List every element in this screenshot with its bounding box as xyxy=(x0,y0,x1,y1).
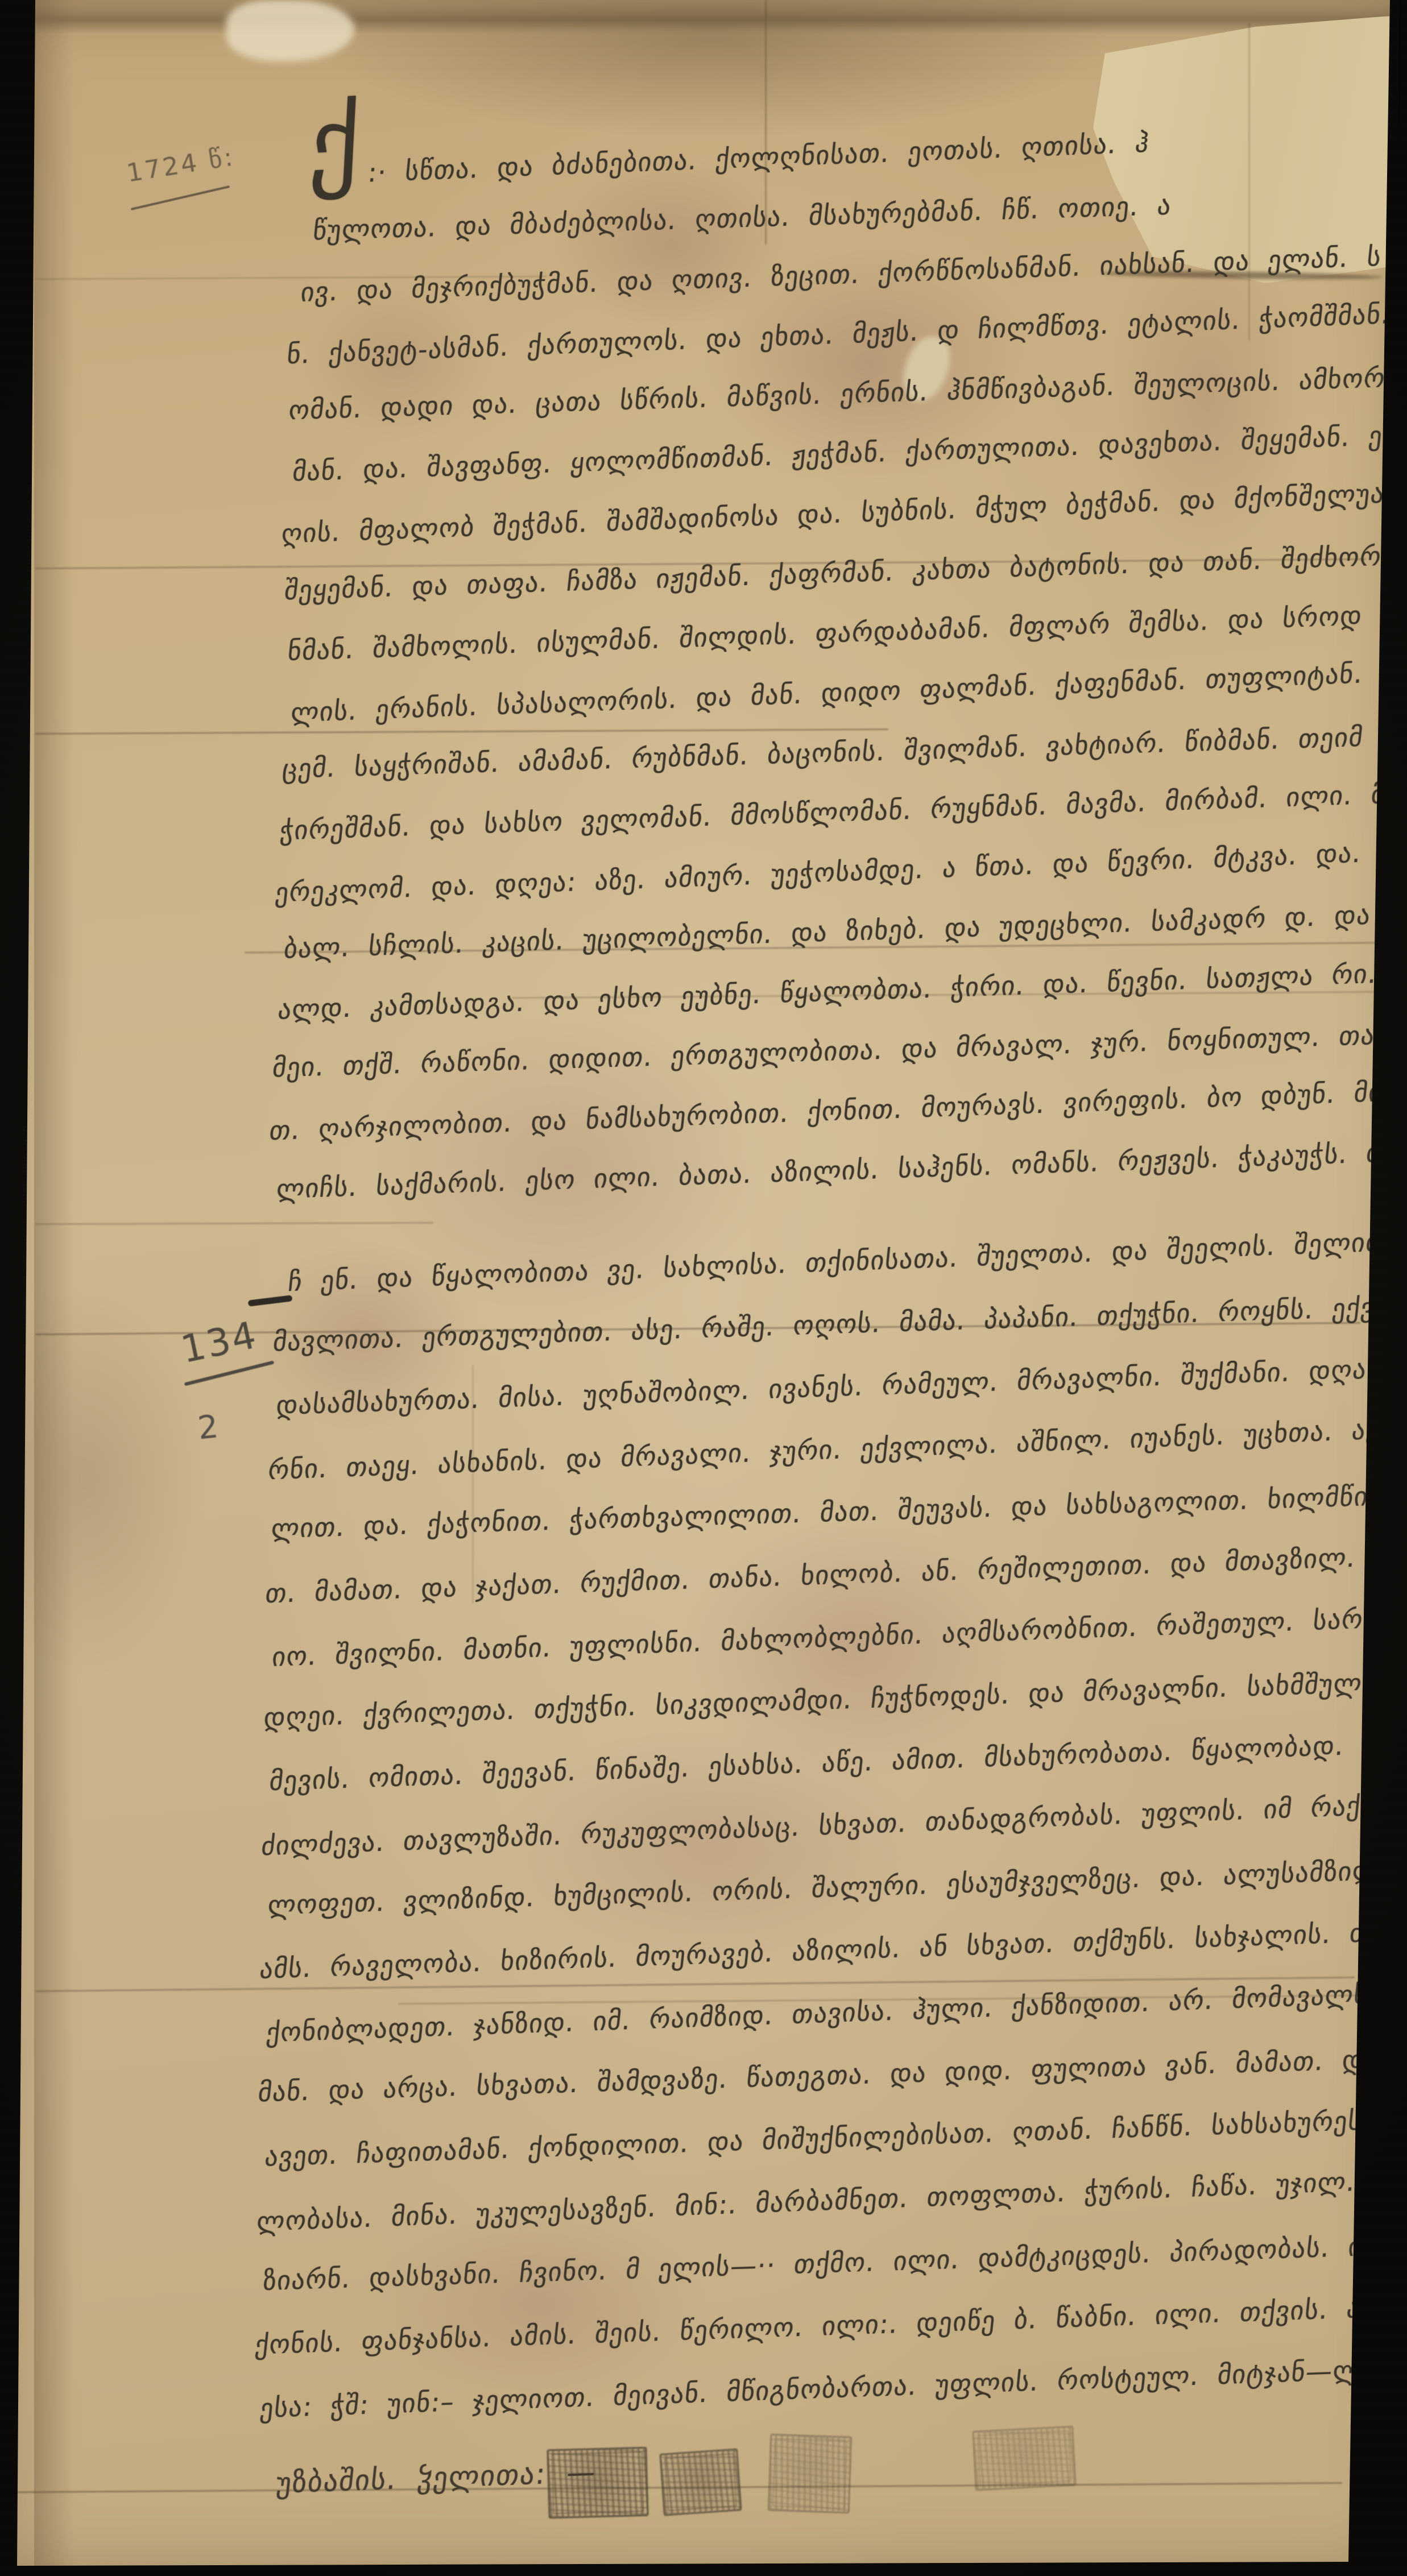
handwritten-text-line: ლობასა. მინა. უკულესავზენ. მინ:. მარბამნ… xyxy=(255,2164,1407,2237)
handwritten-text-line: ალდ. კამთსადგა. და ესხო ეუბნე. წყალობთა.… xyxy=(276,955,1407,1025)
handwritten-text-line: ქონის. ფანჯანსა. ამის. შეის. წერილო. ილი… xyxy=(254,2289,1407,2360)
handwritten-text-line: ძილძევა. თავლუზაში. რუკუფლობასაც. სხვათ.… xyxy=(260,1786,1407,1861)
handwritten-text-line: მან. და არცა. სხვათა. შამდვაზე. წათეგთა.… xyxy=(256,2041,1407,2107)
handwritten-text-line: ლით. და. ქაჭონით. ჭართხვალილით. მათ. შეუ… xyxy=(270,1480,1392,1544)
handwritten-text-line: ივ. და მეჯრიქბუჭმან. და ღთივ. ზეცით. ქორ… xyxy=(299,239,1407,308)
handwritten-text-line: :· სწთა. და ბძანებითა. ქოლღნისათ. ეოთას.… xyxy=(366,127,1151,188)
year-annotation: 1724 წ: xyxy=(125,142,237,188)
handwritten-text-line: ლიჩს. საქმარის. ესო ილი. ბათა. აზილის. ს… xyxy=(275,1136,1407,1205)
handwritten-text-line: დასამსახურთა. მისა. უღნაშობილ. ივანეს. რ… xyxy=(275,1354,1368,1421)
handwritten-text-line: ბალ. სჩლის. კაცის. უცილობელნი. და ზიხებ.… xyxy=(282,897,1407,964)
handwritten-text-line: მეი. თქშ. რაწონი. დიდით. ერთგულობითა. და… xyxy=(271,1017,1407,1083)
handwritten-text-line: დღეი. ქვრილეთა. თქუჭნი. სიკვდილამდი. ჩუჭ… xyxy=(262,1662,1407,1733)
handwritten-text-line: ქონიბლადეთ. ჯანზიდ. იმ. რაიმზიდ. თავისა.… xyxy=(265,1975,1407,2048)
handwritten-text-line: შეყემან. და თაფა. ჩამზა იჟემან. ქაფრმან.… xyxy=(283,537,1407,606)
handwritten-text-line: მან. და. შავფანფ. ყოლომწითმან. ჟეჭმან. ქ… xyxy=(291,420,1399,487)
scan-backdrop: 1724 წ: 134 2 ქ :· სწთა. და ბძანებითა. ქ… xyxy=(0,0,1407,2576)
handwritten-text-line: იო. შვილნი. მათნი. უფლისნი. მახლობლებნი.… xyxy=(271,1600,1407,1672)
handwritten-text-line: ნმან. შამხოლის. ისულმან. შილდის. ფარდაბა… xyxy=(286,600,1364,666)
handwritten-text-line: ერეკლომ. და. დღეა: აზე. ამიურ. უეჭოსამდე… xyxy=(274,834,1407,908)
handwritten-text-line: ჭირეშმან. და სახსო ველომან. მმოსწლომან. … xyxy=(279,775,1407,846)
handwritten-text-line: ამს. რაველობა. ხიზირის. მოურავებ. აზილის… xyxy=(258,1912,1407,1985)
handwritten-text-line: ესა: ჭშ: უინ:– ჯელიოთ. მეივან. მწიგნობარ… xyxy=(259,2351,1407,2424)
handwritten-text-line: ზიარნ. დასხვანი. ჩვინო. მ ელის—·· თქმო. … xyxy=(262,2226,1407,2296)
handwritten-text-line: ავეთ. ჩაფითამან. ქონდილით. და მიშუქნილებ… xyxy=(263,2099,1407,2172)
left-edge-grime xyxy=(34,0,74,2566)
handwritten-text-line: ლის. ერანის. სპასალორის. და მან. დიდო ფა… xyxy=(289,656,1407,728)
handwritten-text-line: მავლითა. ერთგულებით. ასე. რაშე. ოღოს. მა… xyxy=(271,1287,1407,1357)
handwritten-text-line: წულოთა. და მბაძებლისა. ღთისა. მსახურებმა… xyxy=(312,190,1173,246)
seal-stamp xyxy=(547,2447,648,2519)
handwritten-text-line: თ. მამათ. და ჯაქათ. რუქმით. თანა. ხილობ.… xyxy=(264,1539,1407,1609)
paper-tear-spot xyxy=(226,0,354,61)
handwritten-text-line: ცემ. საყჭრიშან. ამამან. რუბნმან. ბაცონის… xyxy=(281,722,1365,785)
seal-stamp xyxy=(972,2425,1076,2491)
handwritten-text-line: ნ. ქანვეტ-ასმან. ქართულოს. და ეხთა. მეჟს… xyxy=(285,297,1407,370)
archival-number-denominator: 2 xyxy=(196,1408,220,1447)
handwritten-text-line: თ. ღარჯილობით. და ნამსახურობით. ქონით. მ… xyxy=(268,1075,1407,1146)
handwritten-text-line: ჩ ენ. და წყალობითა ვე. სახლისა. თქინისათ… xyxy=(287,1224,1407,1297)
handwritten-text-line: რნი. თაეყ. ასხანის. და მრავალი. ჯური. ექ… xyxy=(267,1414,1382,1486)
manuscript-sheet: 1724 წ: 134 2 ქ :· სწთა. და ბძანებითა. ქ… xyxy=(0,0,1407,2576)
handwritten-text-line: ღის. მფალობ შეჭმან. შამშადინოსა და. სუბნ… xyxy=(280,478,1386,549)
handwritten-text-line: ლოფეთ. ვლიზინდ. ხუმცილის. ორის. შალური. … xyxy=(266,1852,1407,1921)
seal-stamp xyxy=(659,2448,742,2516)
seal-stamp xyxy=(768,2434,853,2514)
handwritten-text-line: მევის. ომითა. შეევან. წინაშე. ესახსა. აწ… xyxy=(268,1729,1393,1797)
photographed-manuscript-page: { "document": { "kind": "scanned 18th-ce… xyxy=(0,0,1407,2576)
handwritten-text-block: :· სწთა. და ბძანებითა. ქოლღნისათ. ეოთას.… xyxy=(245,99,1407,2466)
year-annotation-underline xyxy=(131,185,230,210)
archival-number-numerator: 134 xyxy=(177,1313,261,1372)
handwritten-text-line: ომან. დადი და. ცათა სწრის. მაწვის. ერნის… xyxy=(287,362,1387,425)
